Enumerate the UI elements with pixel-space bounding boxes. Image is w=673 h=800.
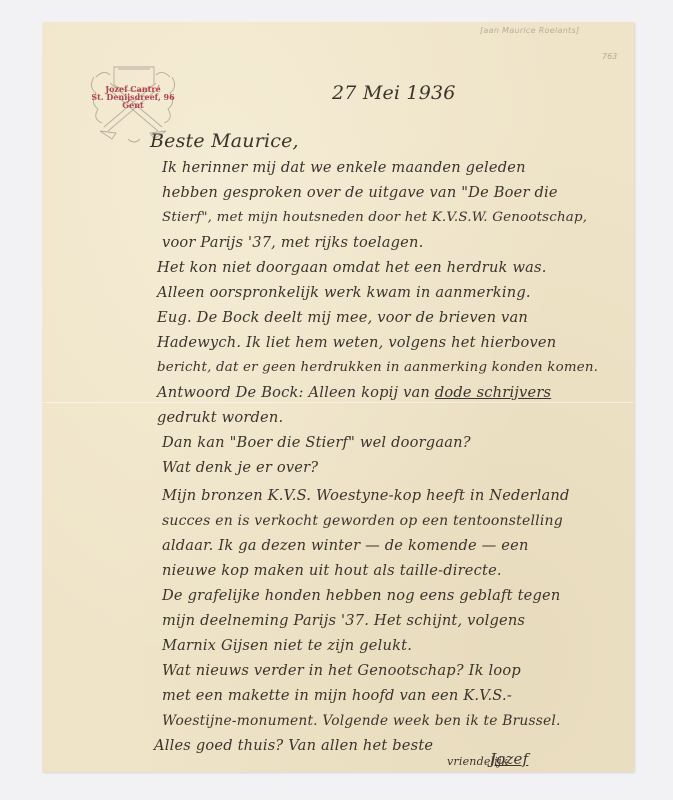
- body-line: aldaar. Ik ga dezen winter — de komende …: [162, 538, 529, 554]
- body-line: bericht, dat er geen herdrukken in aanme…: [157, 360, 598, 376]
- letter-paper: [aan Maurice Roelants] 763 Jozef Cantré …: [42, 22, 634, 772]
- body-line: voor Parijs '37, met rijks toelagen.: [162, 235, 423, 251]
- body-line: Wat nieuws verder in het Genootschap? Ik…: [162, 663, 521, 679]
- body-line: Ik herinner mij dat we enkele maanden ge…: [162, 160, 526, 176]
- fold-crease: [42, 402, 634, 403]
- letter-date: 27 Mei 1936: [332, 82, 456, 104]
- body-line: Eug. De Bock deelt mij mee, voor de brie…: [157, 310, 528, 326]
- archive-annotation: [aan Maurice Roelants]: [480, 26, 579, 35]
- body-line: Stierf", met mijn houtsneden door het K.…: [162, 210, 587, 226]
- body-line: Hadewych. Ik liet hem weten, volgens het…: [157, 335, 556, 351]
- salutation: Beste Maurice,: [150, 130, 299, 152]
- body-line: gedrukt worden.: [157, 410, 283, 426]
- body-line: Marnix Gijsen niet te zijn gelukt.: [162, 638, 412, 654]
- body-line: Woestijne-monument. Volgende week ben ik…: [162, 713, 561, 729]
- body-line: hebben gesproken over de uitgave van "De…: [162, 185, 558, 201]
- underlined-phrase: dode schrijvers: [435, 384, 551, 401]
- body-line: Mijn bronzen K.V.S. Woestyne-kop heeft i…: [162, 488, 570, 504]
- body-line: Alleen oorspronkelijk werk kwam in aanme…: [157, 285, 531, 301]
- body-line: met een makette in mijn hoofd van een K.…: [162, 688, 512, 704]
- body-line: Het kon niet doorgaan omdat het een herd…: [157, 260, 547, 276]
- body-line: succes en is verkocht geworden op een te…: [162, 513, 563, 529]
- body-line: Alles goed thuis? Van allen het beste: [154, 738, 433, 754]
- body-line: Dan kan "Boer die Stierf" wel doorgaan?: [162, 435, 471, 451]
- body-line: De grafelijke honden hebben nog eens geb…: [162, 588, 560, 604]
- body-line: nieuwe kop maken uit hout als taille-dir…: [162, 563, 502, 579]
- archive-number: 763: [602, 52, 617, 61]
- letterhead-city: Gent: [84, 101, 182, 109]
- body-line: Antwoord De Bock: Alleen kopij van dode …: [157, 385, 551, 401]
- body-line: Wat denk je er over?: [162, 460, 318, 476]
- signature: Jozef: [490, 750, 528, 768]
- letterhead-text: Jozef Cantré St. Denijsdreef, 96 Gent: [84, 85, 182, 109]
- body-line: mijn deelneming Parijs '37. Het schijnt,…: [162, 613, 525, 629]
